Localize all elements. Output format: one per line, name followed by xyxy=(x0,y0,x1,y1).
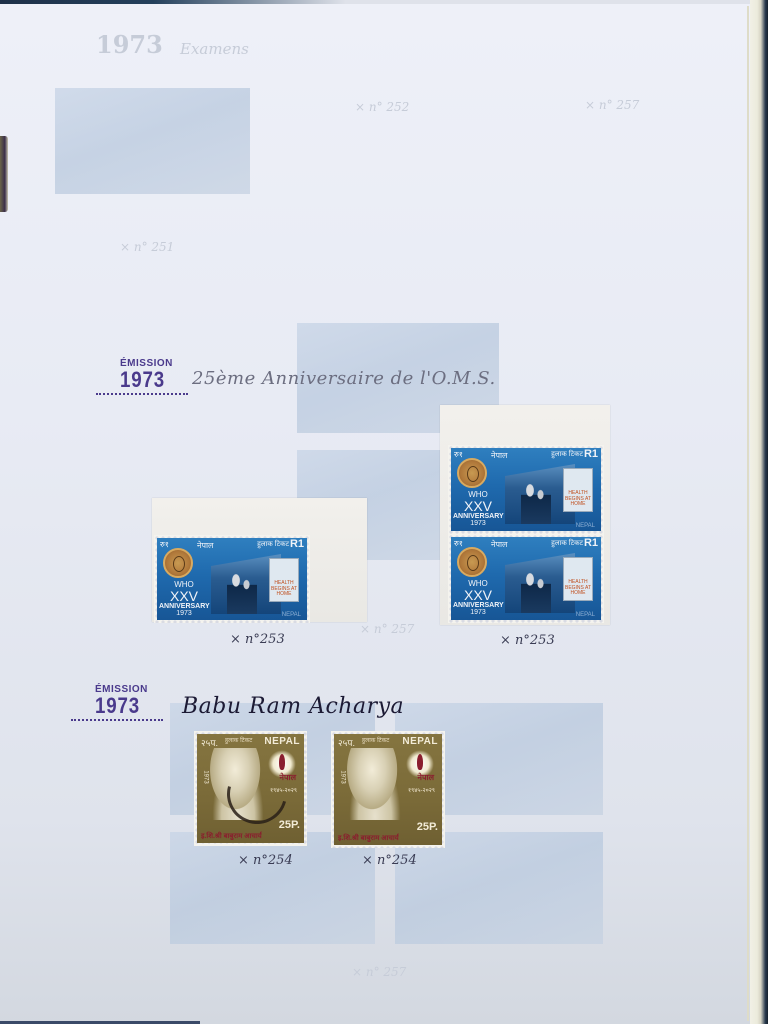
ghost-catalogue-c: × n° 251 xyxy=(120,240,174,254)
stamp-caption: WHO XXV ANNIVERSARY 1973 xyxy=(453,491,503,527)
family-illustration xyxy=(521,482,551,524)
stamp-denom-devanagari: रु१ xyxy=(454,449,463,460)
who-emblem-icon xyxy=(457,547,487,577)
stamp-country: NEPAL xyxy=(282,612,301,618)
stamp-acharya-design: २५प. हुलाक टिकट NEPAL नेपाल १९४५-२०२९ 19… xyxy=(197,734,304,843)
binder-top-edge xyxy=(0,0,768,4)
stamp-value: 25P. xyxy=(417,821,438,833)
catalogue-number: × n°254 xyxy=(238,853,293,868)
stamp-country-devanagari: नेपाल xyxy=(491,450,507,461)
section-title-who: 25ème Anniversaire de l'O.M.S. xyxy=(192,368,496,389)
stamp-caption: WHO XXV ANNIVERSARY 1973 xyxy=(159,581,209,617)
stamp-denom-devanagari: रु१ xyxy=(160,539,169,550)
ghost-stamp xyxy=(170,832,375,944)
stamp-country-devanagari: नेपाल xyxy=(491,539,507,550)
page-stack-edge xyxy=(750,0,768,1024)
stamp-country: NEPAL xyxy=(402,736,438,747)
caption-line: 1973 xyxy=(453,609,503,616)
caption-line: XXV xyxy=(453,588,503,602)
caption-line: XXV xyxy=(159,589,209,603)
catalogue-number: × n°254 xyxy=(362,853,417,868)
caption-line: ANNIVERSARY xyxy=(453,602,503,609)
stamp-year: 1973 xyxy=(340,770,346,783)
stamp-postage-label: हुलाक टिकट xyxy=(257,540,289,549)
stamp-denom-devanagari: रु१ xyxy=(454,538,463,549)
ghost-catalogue-e: × n° 257 xyxy=(352,965,406,979)
health-poster: HEALTH BEGINS AT HOME xyxy=(563,557,593,601)
ghost-stamp xyxy=(395,832,603,944)
stamp-country: NEPAL xyxy=(264,736,300,747)
stamp-value: R1 xyxy=(584,448,598,460)
caption-line: XXV xyxy=(453,499,503,513)
ghost-catalogue-d: × n° 257 xyxy=(360,622,414,636)
health-poster: HEALTH BEGINS AT HOME xyxy=(563,468,593,512)
stamp-who-design: रु१ नेपाल हुलाक टिकट R1 WHO XXV ANNIVERS… xyxy=(157,538,307,620)
ghost-year: 1973 xyxy=(96,30,163,59)
ghost-title: Examens xyxy=(180,40,249,58)
stamp-country: NEPAL xyxy=(576,612,595,618)
stamp-country: NEPAL xyxy=(576,523,595,529)
page-edge-line xyxy=(747,6,749,1021)
album-page: 1973 Examens × n° 252 × n° 257 × n° 251 … xyxy=(0,0,768,1024)
binder-clip xyxy=(0,136,8,212)
stamp-postage-label: हुलाक टिकट xyxy=(362,736,389,744)
stamp-who-design: रु१ नेपाल हुलाक टिकट R1 WHO XXV ANNIVERS… xyxy=(451,448,601,531)
who-emblem-icon xyxy=(163,548,193,578)
emission-year: 1973 xyxy=(95,695,153,717)
section-title-acharya: Babu Ram Acharya xyxy=(182,694,404,719)
stamp-acharya-design: २५प. हुलाक टिकट NEPAL नेपाल १९४५-२०२९ 19… xyxy=(334,734,442,845)
ghost-catalogue-b: × n° 257 xyxy=(585,98,639,112)
emission-year: 1973 xyxy=(120,369,178,391)
catalogue-number: × n°253 xyxy=(230,632,285,647)
family-illustration xyxy=(227,572,257,614)
stamp-year: 1973 xyxy=(203,770,209,783)
who-emblem-icon xyxy=(457,458,487,488)
stamp-name-devanagari: इ.शि.श्री बाबुराम आचार्य xyxy=(201,832,262,841)
caption-line: ANNIVERSARY xyxy=(453,513,503,520)
flame-icon xyxy=(417,754,423,770)
stamp-value: R1 xyxy=(584,537,598,549)
stamp-who-single[interactable]: रु१ नेपाल हुलाक टिकट R1 WHO XXV ANNIVERS… xyxy=(154,535,310,623)
emission-stamp-acharya: ÉMISSION 1973 xyxy=(95,684,163,721)
health-poster: HEALTH BEGINS AT HOME xyxy=(269,558,299,602)
caption-line: 1973 xyxy=(159,610,209,617)
stamp-who-design: रु१ नेपाल हुलाक टिकट R1 WHO XXV ANNIVERS… xyxy=(451,537,601,620)
family-illustration xyxy=(521,571,551,613)
stamp-who-pair-bottom[interactable]: रु१ नेपाल हुलाक टिकट R1 WHO XXV ANNIVERS… xyxy=(448,534,604,623)
stamp-value: R1 xyxy=(290,538,304,550)
stamp-value: 25P. xyxy=(279,819,300,831)
portrait-illustration xyxy=(346,748,404,820)
stamp-postage-label: हुलाक टिकट xyxy=(551,450,583,459)
stamp-dates: १९४५-२०२९ xyxy=(408,786,435,794)
stamp-postage-label: हुलाक टिकट xyxy=(551,539,583,548)
ghost-catalogue-a: × n° 252 xyxy=(355,100,409,114)
emission-stamp-who: ÉMISSION 1973 xyxy=(120,358,188,395)
stamp-caption: WHO XXV ANNIVERSARY 1973 xyxy=(453,580,503,616)
stamp-acharya-second[interactable]: २५प. हुलाक टिकट NEPAL नेपाल १९४५-२०२९ 19… xyxy=(331,731,445,848)
stamp-acharya-used[interactable]: २५प. हुलाक टिकट NEPAL नेपाल १९४५-२०२९ 19… xyxy=(194,731,307,846)
stamp-name-devanagari: इ.शि.श्री बाबुराम आचार्य xyxy=(338,834,399,843)
catalogue-number: × n°253 xyxy=(500,633,555,648)
stamp-who-pair-top[interactable]: रु१ नेपाल हुलाक टिकट R1 WHO XXV ANNIVERS… xyxy=(448,445,604,534)
caption-line: 1973 xyxy=(453,520,503,527)
flame-icon xyxy=(279,754,285,770)
stamp-country-devanagari: नेपाल xyxy=(197,540,213,551)
stamp-postage-label: हुलाक टिकट xyxy=(225,736,252,744)
ghost-stamp xyxy=(55,88,250,194)
stamp-country-devanagari: नेपाल xyxy=(418,772,434,783)
caption-line: ANNIVERSARY xyxy=(159,603,209,610)
